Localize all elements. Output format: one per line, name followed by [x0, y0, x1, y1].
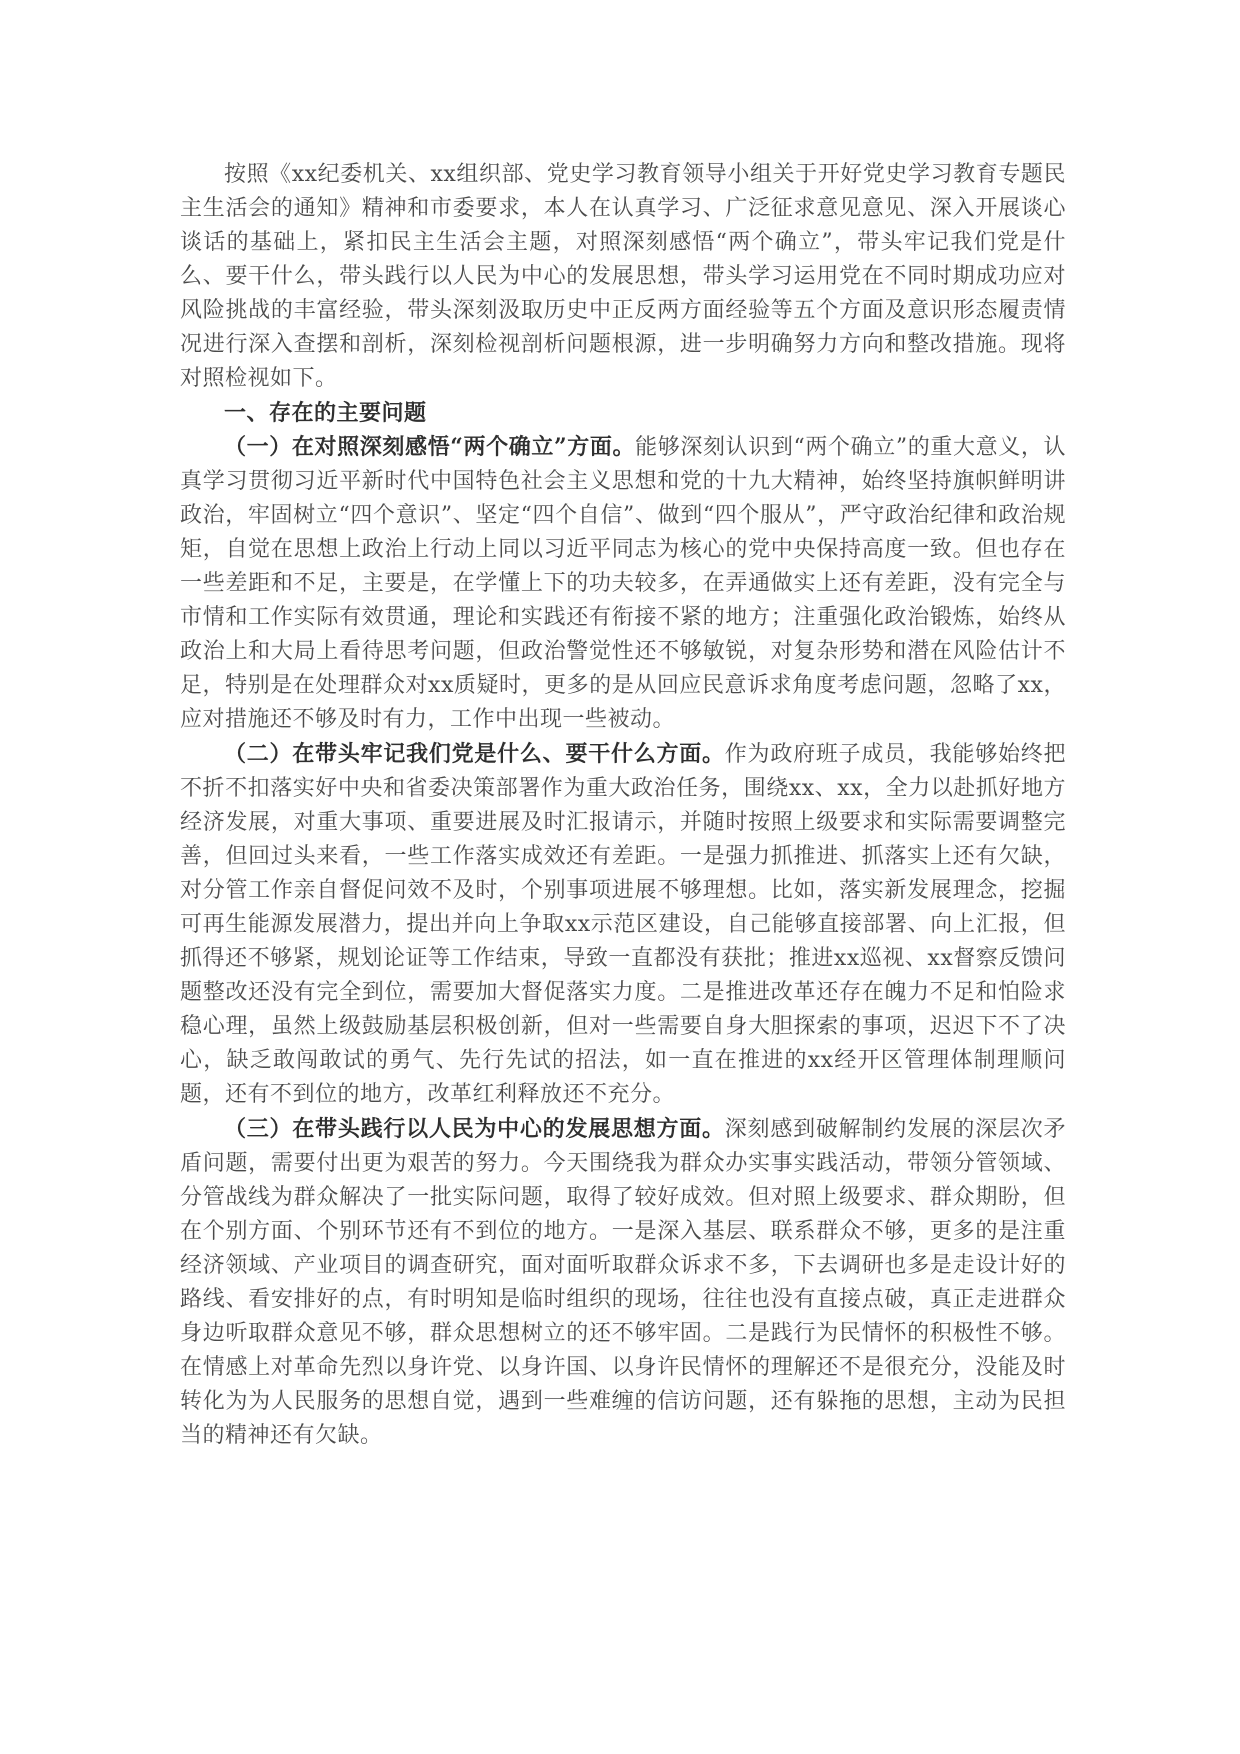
section-heading-main-problems: 一、存在的主要问题 — [180, 396, 1066, 430]
issue-paragraph-1: （一）在对照深刻感悟“两个确立”方面。能够深刻认识到“两个确立”的重大意义，认真… — [180, 430, 1066, 737]
issue-paragraph-2: （二）在带头牢记我们党是什么、要干什么方面。作为政府班子成员，我能够始终把不折不… — [180, 737, 1066, 1112]
document-body: 按照《xx纪委机关、xx组织部、党史学习教育领导小组关于开好党史学习教育专题民主… — [180, 158, 1066, 1453]
issue-3-lead: （三）在带头践行以人民为中心的发展思想方面。 — [224, 1116, 725, 1142]
issue-1-lead: （一）在对照深刻感悟“两个确立”方面。 — [224, 434, 635, 460]
issue-1-body: 能够深刻认识到“两个确立”的重大意义，认真学习贯彻习近平新时代中国特色社会主义思… — [180, 435, 1066, 732]
issue-2-lead: （二）在带头牢记我们党是什么、要干什么方面。 — [224, 741, 725, 767]
intro-paragraph: 按照《xx纪委机关、xx组织部、党史学习教育领导小组关于开好党史学习教育专题民主… — [180, 158, 1066, 396]
issue-2-body: 作为政府班子成员，我能够始终把不折不扣落实好中央和省委决策部署作为重大政治任务，… — [180, 742, 1066, 1107]
document-page: 按照《xx纪委机关、xx组织部、党史学习教育领导小组关于开好党史学习教育专题民主… — [0, 0, 1240, 1754]
issue-paragraph-3: （三）在带头践行以人民为中心的发展思想方面。深刻感到破解制约发展的深层次矛盾问题… — [180, 1112, 1066, 1453]
issue-3-body: 深刻感到破解制约发展的深层次矛盾问题，需要付出更为艰苦的努力。今天围绕我为群众办… — [180, 1117, 1066, 1448]
